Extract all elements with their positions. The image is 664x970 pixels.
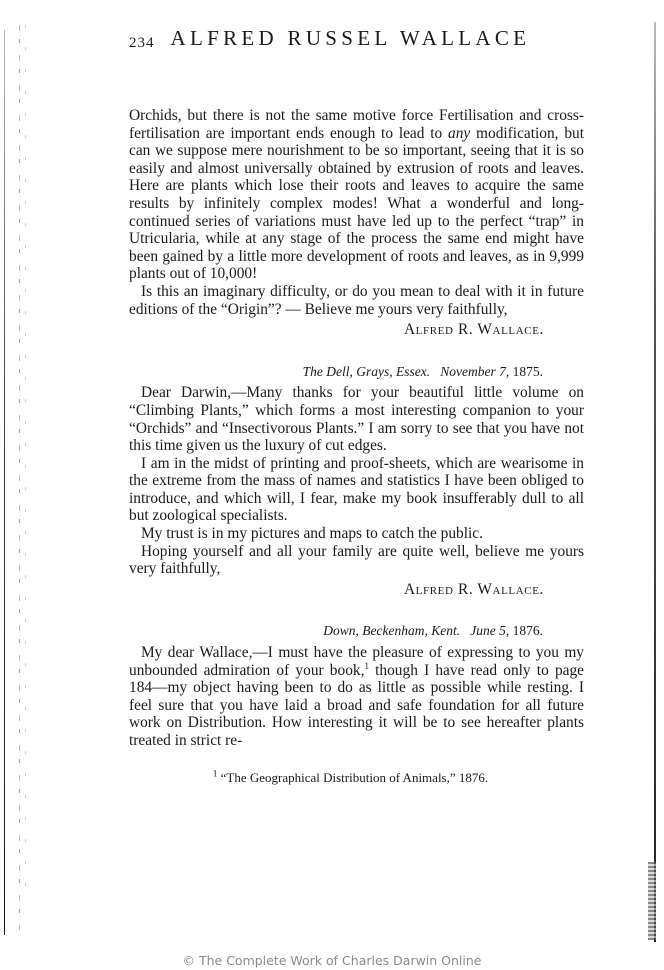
footnote-marker: 1	[213, 768, 218, 778]
letter-year: 1876.	[513, 623, 543, 638]
scan-edge-right	[654, 22, 656, 942]
scan-edge-left	[4, 30, 5, 935]
letter-2: The Dell, Grays, Essex. November 7, 1875…	[129, 363, 584, 599]
letter-1: Orchids, but there is not the same motiv…	[129, 107, 584, 339]
letter-3: Down, Beckenham, Kent. June 5, 1876. My …	[129, 622, 584, 749]
page-number: 234	[129, 35, 155, 51]
scan-edge-left-marks-2	[25, 25, 26, 905]
letter-place: Down, Beckenham, Kent.	[323, 623, 460, 638]
paragraph: Is this an imaginary difficulty, or do y…	[129, 283, 584, 318]
running-head: ALFRED RUSSEL WALLACE	[171, 26, 531, 50]
signature: Alfred R. Wallace.	[129, 321, 544, 339]
copyright-notice: © The Complete Work of Charles Darwin On…	[0, 953, 664, 968]
letter-year: 1875.	[513, 364, 543, 379]
paragraph: Orchids, but there is not the same motiv…	[129, 107, 584, 283]
scan-edge-right-noise	[648, 862, 656, 940]
footnote: 1 “The Geographical Distribution of Anim…	[117, 769, 584, 787]
paragraph: Hoping yourself and all your family are …	[129, 543, 584, 578]
letter-date: June 5,	[470, 623, 509, 638]
scan-edge-left-marks	[19, 25, 20, 930]
paragraph: I am in the midst of printing and proof-…	[129, 455, 584, 525]
footnote-text: “The Geographical Distribution of Animal…	[221, 770, 489, 785]
letter-date: November 7,	[440, 364, 509, 379]
paragraph: Dear Darwin,—Many thanks for your beauti…	[129, 384, 584, 454]
page-header: 234ALFRED RUSSEL WALLACE	[129, 30, 530, 53]
paragraph: My dear Wallace,—I must have the pleasur…	[129, 644, 584, 750]
letter-heading: The Dell, Grays, Essex. November 7, 1875…	[129, 363, 543, 381]
emphasis: any	[448, 125, 470, 142]
paragraph: My trust is in my pictures and maps to c…	[129, 525, 584, 543]
signature: Alfred R. Wallace.	[129, 581, 544, 599]
letter-place: The Dell, Grays, Essex.	[303, 364, 430, 379]
letter-heading: Down, Beckenham, Kent. June 5, 1876.	[129, 622, 543, 640]
page-body: Orchids, but there is not the same motiv…	[129, 107, 584, 786]
